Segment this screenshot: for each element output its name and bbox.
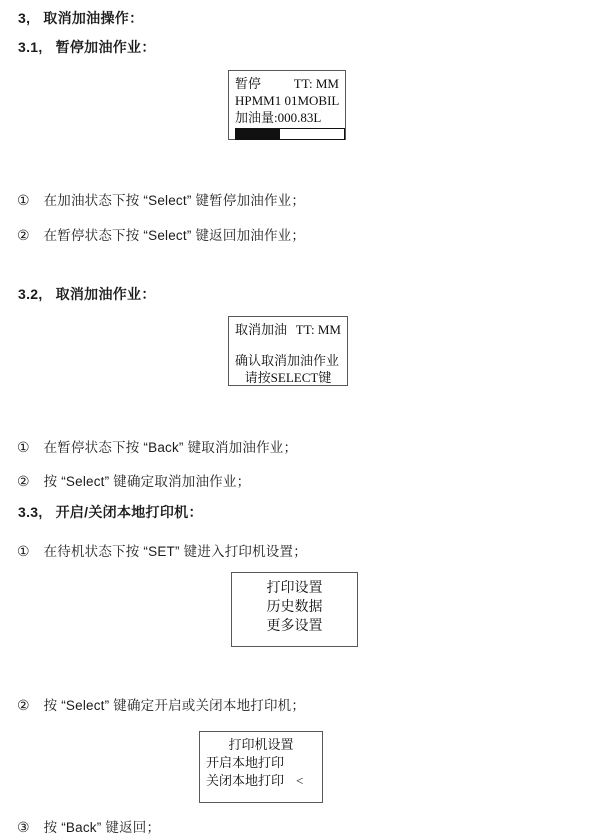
progress-bar-fill xyxy=(236,129,280,139)
lcd-menu-item: 更多设置 xyxy=(238,617,351,636)
lcd-blank-row xyxy=(235,338,341,352)
step-text: 按 “Select” 键确定开启或关闭本地打印机； xyxy=(44,694,306,714)
lcd-nozzle-row: HPMM1 01MOBIL xyxy=(235,92,339,109)
step-circled-number: ② xyxy=(17,227,30,244)
step-item: ② 在暂停状态下按 “Select” 键返回加油作业； xyxy=(17,224,305,244)
step-circled-number: ① xyxy=(17,439,30,456)
step-item: ① 在加油状态下按 “Select” 键暂停加油作业； xyxy=(17,189,305,209)
lcd-volume-row: 加油量:000.83L xyxy=(235,109,339,126)
lcd-status-text: 暂停 xyxy=(235,75,261,92)
manual-page: 3,取消加油操作： 3.1,暂停加油作业： 暂停 TT: MM HPMM1 01… xyxy=(0,0,600,836)
lcd-time-text: TT: MM xyxy=(296,321,341,338)
step-item: ③ 按 “Back” 键返回； xyxy=(17,816,160,836)
lcd-option-row: 开启本地打印 xyxy=(206,754,316,772)
section-heading-3-2: 3.2,取消加油作业： xyxy=(18,284,156,304)
step-text: 在待机状态下按 “SET” 键进入打印机设置； xyxy=(44,540,307,560)
step-text: 按 “Back” 键返回； xyxy=(44,816,161,836)
step-circled-number: ① xyxy=(17,192,30,209)
heading-title: 取消加油操作： xyxy=(43,10,143,26)
section-heading-3-3: 3.3,开启/关闭本地打印机： xyxy=(18,502,203,522)
lcd-menu-item: 打印设置 xyxy=(238,579,351,598)
heading-number: 3.2, xyxy=(18,286,43,302)
lcd-menu-item: 历史数据 xyxy=(238,598,351,617)
lcd-status-row: 暂停 TT: MM xyxy=(235,75,339,92)
lcd-time-text: TT: MM xyxy=(294,75,339,92)
lcd-display-settings-menu: 打印设置 历史数据 更多设置 xyxy=(231,572,358,647)
step-item: ② 按 “Select” 键确定开启或关闭本地打印机； xyxy=(17,694,305,714)
step-circled-number: ① xyxy=(17,543,30,560)
lcd-prompt-row: 请按SELECT键 xyxy=(235,369,341,386)
heading-number: 3.1, xyxy=(18,39,43,55)
lcd-display-pause-screen: 暂停 TT: MM HPMM1 01MOBIL 加油量:000.83L xyxy=(228,70,346,140)
step-circled-number: ② xyxy=(17,697,30,714)
lcd-screen-title: 打印机设置 xyxy=(206,736,316,754)
heading-number: 3.3, xyxy=(18,504,43,520)
progress-bar xyxy=(235,128,345,140)
heading-title: 开启/关闭本地打印机： xyxy=(56,504,203,520)
lcd-option-row: 关闭本地打印 < xyxy=(206,772,316,790)
lcd-status-text: 取消加油 xyxy=(235,321,287,338)
step-text: 按 “Select” 键确定取消加油作业； xyxy=(44,470,251,490)
step-text: 在暂停状态下按 “Back” 键取消加油作业； xyxy=(44,436,298,456)
lcd-cursor-marker: < xyxy=(296,772,303,790)
heading-title: 取消加油作业： xyxy=(56,286,156,302)
step-item: ② 按 “Select” 键确定取消加油作业； xyxy=(17,470,250,490)
lcd-display-cancel-screen: 取消加油 TT: MM 确认取消加油作业 请按SELECT键 xyxy=(228,316,348,386)
heading-number: 3, xyxy=(18,10,30,26)
heading-title: 暂停加油作业： xyxy=(56,39,156,55)
step-item: ① 在暂停状态下按 “Back” 键取消加油作业； xyxy=(17,436,297,456)
lcd-confirm-row: 确认取消加油作业 xyxy=(235,352,341,369)
step-circled-number: ③ xyxy=(17,819,30,836)
lcd-option-text: 关闭本地打印 xyxy=(206,772,284,790)
lcd-display-printer-settings: 打印机设置 开启本地打印 关闭本地打印 < xyxy=(199,731,323,803)
step-text: 在加油状态下按 “Select” 键暂停加油作业； xyxy=(44,189,306,209)
step-circled-number: ② xyxy=(17,473,30,490)
section-heading-3-1: 3.1,暂停加油作业： xyxy=(18,37,156,57)
lcd-status-row: 取消加油 TT: MM xyxy=(235,321,341,338)
step-text: 在暂停状态下按 “Select” 键返回加油作业； xyxy=(44,224,306,244)
step-item: ① 在待机状态下按 “SET” 键进入打印机设置； xyxy=(17,540,307,560)
section-heading-3: 3,取消加油操作： xyxy=(18,8,143,28)
